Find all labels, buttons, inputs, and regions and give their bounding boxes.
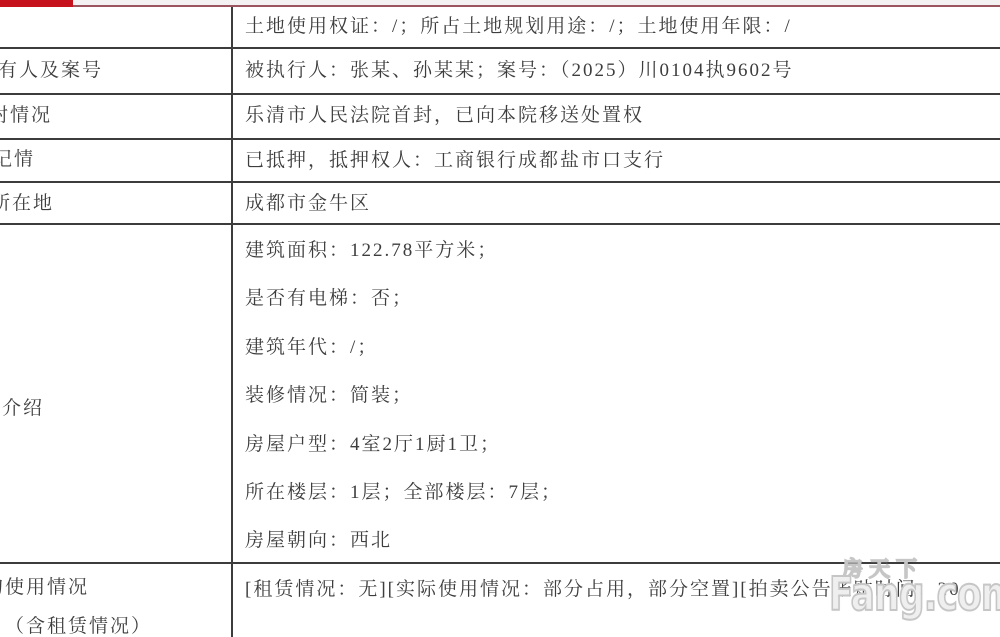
property-intro-line-layout: 房屋户型：4室2厅1厨1卫；	[245, 421, 562, 469]
row-label-mortgage-registration: 记情	[0, 149, 35, 171]
cell-land-certificate: 土地使用权证：/；所占土地规划用途：/；土地使用年限：/	[245, 16, 792, 38]
row-divider-line	[0, 47, 1000, 49]
property-intro-line-decoration: 装修情况：简装；	[245, 372, 562, 420]
auction-detail-page: { "colors": { "red_bar": "#c5121d", "top…	[0, 0, 1000, 637]
table-top-border-line	[0, 5, 1000, 7]
row-label-usage-status: 的使用情况	[0, 577, 89, 599]
row-divider-line	[0, 223, 1000, 225]
row-label-owner-and-case: 有人及案号	[0, 60, 103, 82]
cell-usage-status: [租赁情况：无][实际使用情况：部分占用，部分空置][拍卖公告张贴时间：20	[245, 579, 961, 601]
row-divider-line	[0, 93, 1000, 95]
property-intro-line-floor: 所在楼层：1层；全部楼层：7层；	[245, 469, 562, 517]
property-intro-line-orientation: 房屋朝向：西北	[245, 517, 562, 565]
column-divider-line	[231, 7, 233, 637]
cell-seizure-status: 乐清市人民法院首封，已向本院移送处置权	[245, 105, 644, 127]
row-label-usage-status-note: （含租赁情况）	[5, 616, 152, 637]
row-label-location: 所在地	[0, 193, 54, 215]
row-label-property-intro: 介绍	[2, 398, 44, 420]
red-accent-bar	[0, 0, 73, 7]
cell-mortgage-status: 已抵押，抵押权人：工商银行成都盐市口支行	[245, 150, 665, 172]
property-intro-line-build-year: 建筑年代：/；	[245, 324, 562, 372]
cell-property-intro: 建筑面积：122.78平方米； 是否有电梯：否； 建筑年代：/； 装修情况：简装…	[245, 227, 562, 566]
property-intro-line-area: 建筑面积：122.78平方米；	[245, 227, 562, 275]
row-divider-line	[0, 138, 1000, 140]
row-divider-line	[0, 181, 1000, 183]
cell-location: 成都市金牛区	[245, 193, 371, 215]
row-label-seizure-status: 封情况	[0, 105, 52, 127]
cell-executee-and-case: 被执行人：张某、孙某某；案号：（2025）川0104执9602号	[245, 60, 794, 82]
property-intro-line-elevator: 是否有电梯：否；	[245, 275, 562, 323]
